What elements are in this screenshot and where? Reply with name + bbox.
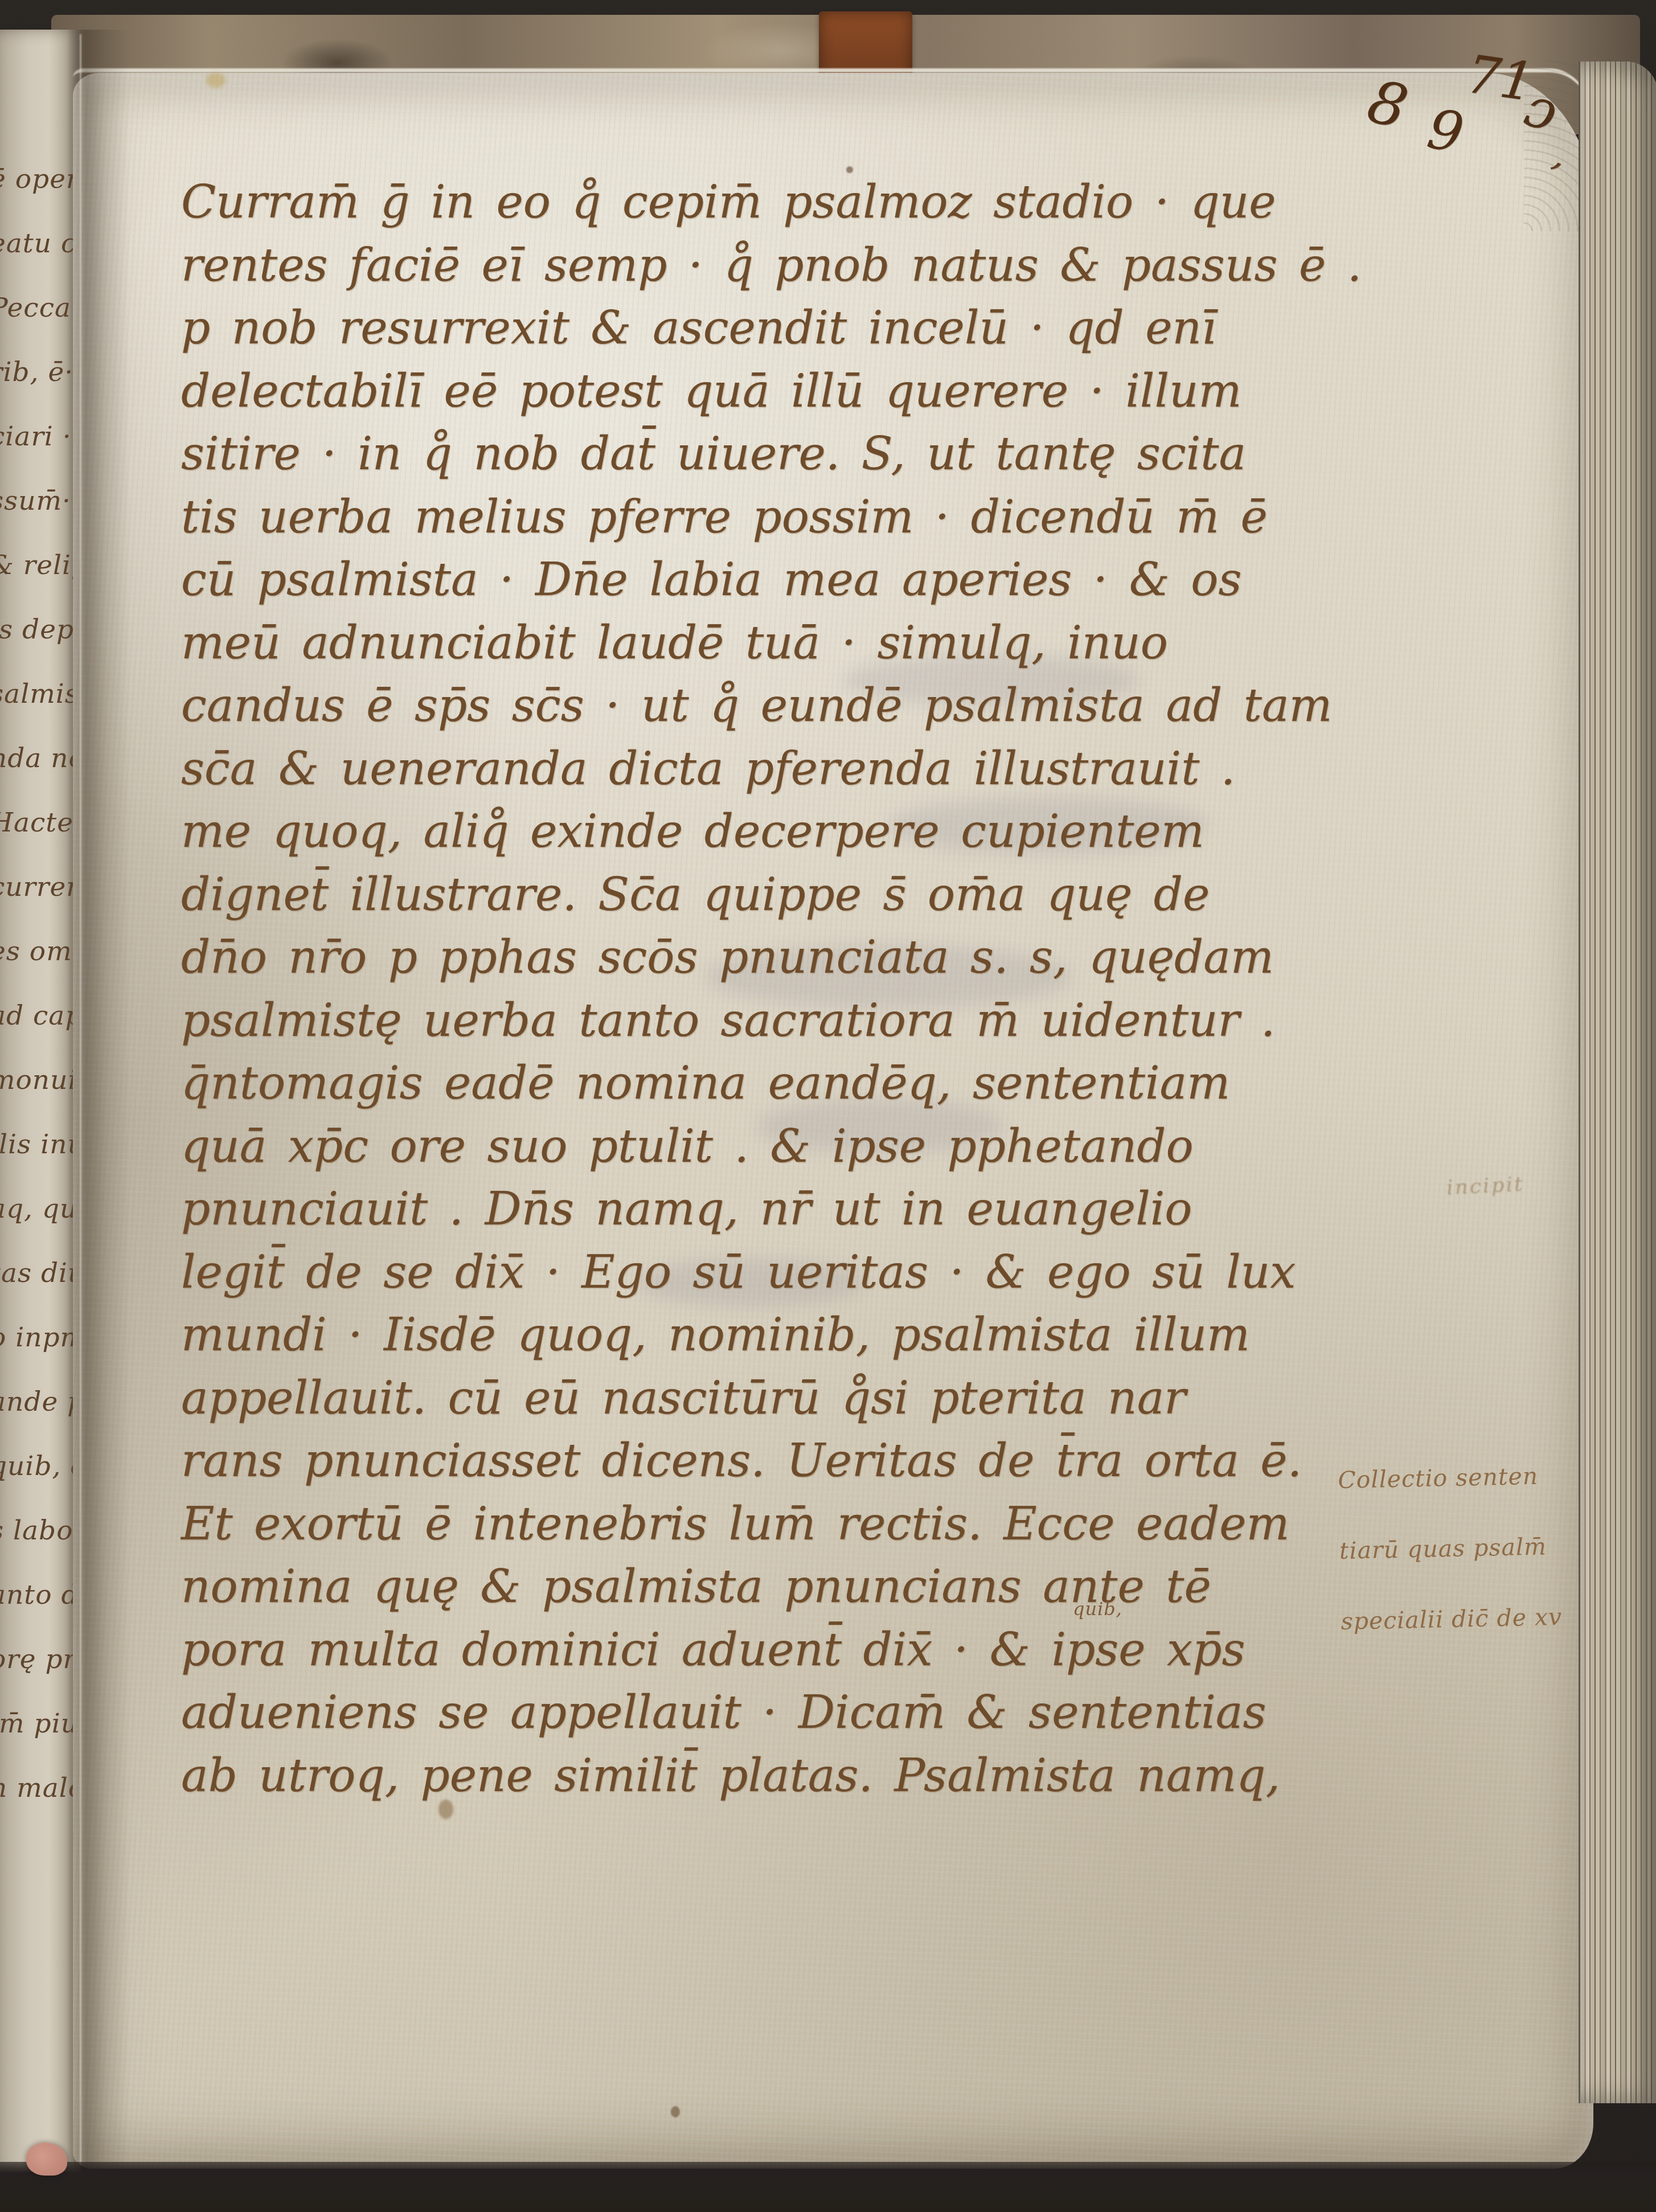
main-text-line: delectabilī eē potest quā illū querere ·… bbox=[181, 360, 1383, 423]
margin-gloss-line: specialii dic̄ de xv bbox=[1340, 1580, 1614, 1657]
faint-margin-note: incipit bbox=[1446, 1172, 1524, 1199]
margin-gloss-line: tiarū quas psalm̄ bbox=[1339, 1510, 1613, 1586]
main-text-line: adueniens se appellauit · Dicam̄ & sente… bbox=[181, 1681, 1383, 1744]
parchment-stain bbox=[671, 2106, 680, 2117]
main-text-line: tis uerba melius pferre possim · dicendū… bbox=[181, 486, 1383, 549]
manuscript-photo: ē opere eatu con Peccauim rib, ē· eq cia… bbox=[0, 0, 1656, 2212]
main-text-line: sitire · in q̊ nob dat̄ uiuere. S, ut ta… bbox=[181, 423, 1383, 486]
main-text-line: rans pnunciasset dicens. Ueritas de t̄ra… bbox=[181, 1429, 1383, 1493]
main-text-line: legit̄ de se dix̄ · Ego sū ueritas · & e… bbox=[181, 1241, 1383, 1304]
main-text-block: Curram̄ ḡ in eo q̊ cepim̄ psalmoz stadio… bbox=[181, 171, 1383, 1807]
main-text-line: psalmistę uerba tanto sacratiora m̄ uide… bbox=[181, 989, 1383, 1052]
background-table-surface bbox=[0, 2162, 1656, 2212]
interlinear-correction: quib, bbox=[1073, 1598, 1122, 1620]
main-text-line: dignet̄ illustrare. Sc̄a quippe s̄ om̄a … bbox=[181, 863, 1383, 927]
main-text-line: pora multa dominici aduent̄ dix̄ · & ips… bbox=[181, 1619, 1383, 1682]
folio-mark: 8 bbox=[1361, 66, 1415, 142]
main-text-line: candus ē sp̄s sc̄s · ut q̊ eundē psalmis… bbox=[181, 674, 1383, 738]
main-text-line: nomina quę & psalmista pnuncians ante tē bbox=[181, 1555, 1383, 1619]
main-text-line: ab utroq, pene similit̄ platas. Psalmist… bbox=[181, 1744, 1383, 1808]
main-text-line: rentes faciē eī semp · q̊ pnob natus & p… bbox=[181, 234, 1383, 297]
main-text-line: mundi · Iisdē quoq, nominib, psalmista i… bbox=[181, 1304, 1383, 1367]
margin-gloss: Collectio senten tiarū quas psalm̄ speci… bbox=[1337, 1439, 1615, 1657]
main-text-line: p nob resurrexit & ascendit incelū · qd … bbox=[181, 297, 1383, 360]
main-text-line: meū adnunciabit laudē tuā · simulq, inuo bbox=[181, 612, 1383, 675]
main-text-line: pnunciauit . Dn̄s namq, nr̄ ut in euange… bbox=[181, 1178, 1383, 1241]
main-text-line: appellauit. cū eū nascitūrū q̊si pterita… bbox=[181, 1367, 1383, 1430]
main-text-line: me quoq, aliq̊ exinde decerpere cupiente… bbox=[181, 800, 1383, 863]
main-text-line: cū psalmista · Dn̄e labia mea aperies · … bbox=[181, 548, 1383, 612]
fore-edge-page-stack bbox=[1579, 62, 1656, 2103]
main-text-line: dn̄o nr̄o p pphas scōs pnunciata s. s, q… bbox=[181, 926, 1383, 989]
gutter-shadow bbox=[67, 30, 130, 2171]
folio-mark: 9 bbox=[1423, 97, 1469, 166]
parchment-stain bbox=[206, 73, 226, 88]
gutter-fold-highlight bbox=[80, 34, 81, 2164]
main-text-line: Et exortū ē intenebris lum̄ rectis. Ecce… bbox=[181, 1493, 1383, 1556]
main-text-line: q̄ntomagis eadē nomina eandēq, sententia… bbox=[181, 1052, 1383, 1115]
main-text-line: sc̄a & ueneranda dicta pferenda illustra… bbox=[181, 738, 1383, 801]
margin-gloss-line: Collectio senten bbox=[1337, 1439, 1612, 1515]
main-text-line: Curram̄ ḡ in eo q̊ cepim̄ psalmoz stadio… bbox=[181, 171, 1383, 234]
main-text-line: quā xp̄c ore suo ptulit . & ipse pphetan… bbox=[181, 1115, 1383, 1178]
